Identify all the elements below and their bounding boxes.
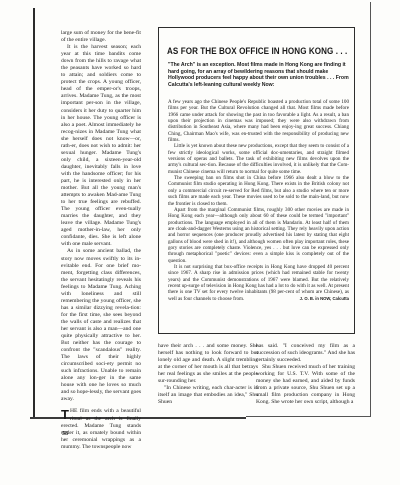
- sidebar-paragraph: Little is yet known about these new prod…: [168, 143, 349, 175]
- sidebar-paragraph: Apart from the marginal Communist films,…: [168, 207, 349, 264]
- right-article-column: has said. "I conceived my film as a succ…: [256, 343, 355, 406]
- left-border-rule: [33, 8, 35, 418]
- dropcap-paragraph: THE film ends with a beautiful ritual as…: [61, 408, 141, 450]
- sidebar-body: A few years ago the Chinese People's Rep…: [168, 99, 349, 302]
- dropcap-paragraph-text: HE film ends with a beautiful ritual as …: [61, 408, 141, 449]
- sidebar-credit: J. O. B. in NOW, Calcutta: [294, 296, 349, 302]
- article-paragraph: It is the harvest season; each year at t…: [61, 44, 141, 248]
- right-border-rule: [370, 2, 371, 417]
- dropcap-letter: T: [61, 409, 69, 420]
- article-paragraph: large sum of money for the bene-fit of t…: [61, 30, 141, 44]
- sidebar-paragraph: A few years ago the Chinese People's Rep…: [168, 99, 349, 143]
- article-paragraph: As in some ancient ballad, the story now…: [61, 248, 141, 403]
- sidebar-box: AS FOR THE BOX OFFICE IN HONG KONG . . .…: [158, 27, 355, 334]
- bottom-right-border-rule: [246, 416, 370, 417]
- page-number: 58: [62, 431, 68, 437]
- sidebar-paragraph: It is not surprising that box-office rec…: [168, 264, 349, 302]
- sidebar-intro: "The Arch" is an exception. Most films m…: [168, 62, 349, 88]
- sidebar-title: AS FOR THE BOX OFFICE IN HONG KONG . . .: [167, 45, 347, 56]
- left-article-column: large sum of money for the bene-fit of t…: [61, 30, 141, 451]
- article-paragraph: "In Chinese writing, each char-acter is …: [158, 385, 258, 406]
- middle-article-column: have their arch . . . and some money. Sh…: [158, 343, 258, 406]
- article-paragraph: have their arch . . . and some money. Sh…: [158, 343, 258, 385]
- article-paragraph: has said. "I conceived my film as a succ…: [256, 343, 355, 364]
- article-paragraph: Shu Shuen received much of her training …: [256, 364, 355, 406]
- sidebar-paragraph: The sweeping ban on films shot in China …: [168, 175, 349, 207]
- magazine-page: large sum of money for the bene-fit of t…: [0, 0, 400, 485]
